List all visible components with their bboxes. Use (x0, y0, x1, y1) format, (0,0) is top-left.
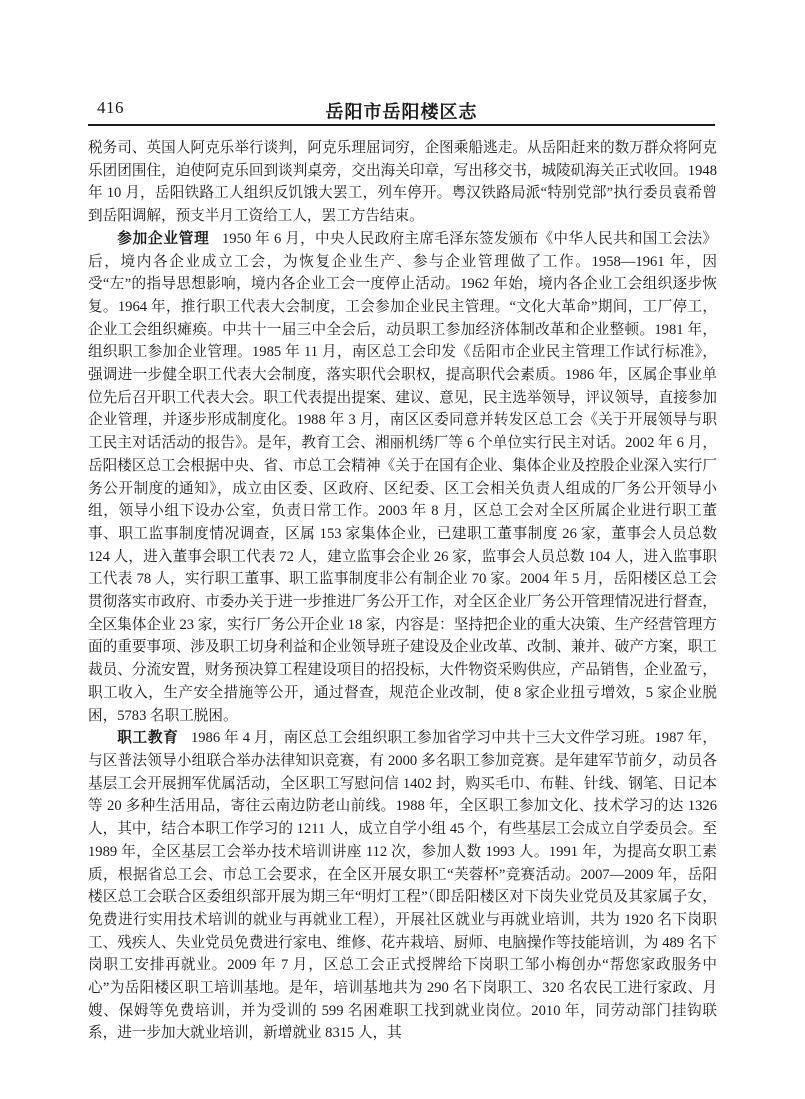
paragraph-worker-education: 职工教育1986 年 4 月，南区总工会组织职工参加省学习中共十三大文件学习班。… (88, 727, 717, 1045)
paragraph-text: 税务司、英国人阿克乐举行谈判，阿克乐理屈词穷，企图乘船逃走。从岳阳赶来的数万群众… (88, 140, 717, 224)
body-text: 税务司、英国人阿克乐举行谈判，阿克乐理屈词穷，企图乘船逃走。从岳阳赶来的数万群众… (88, 137, 717, 1045)
paragraph-lead: 职工教育 (117, 730, 178, 746)
book-title: 岳阳市岳阳楼区志 (88, 98, 715, 124)
paragraph-strike-history: 税务司、英国人阿克乐举行谈判，阿克乐理屈词穷，企图乘船逃走。从岳阳赶来的数万群众… (88, 137, 717, 228)
running-head: 416 岳阳市岳阳楼区志 (88, 97, 715, 126)
paragraph-lead: 参加企业管理 (117, 231, 209, 247)
paragraph-text: 1986 年 4 月，南区总工会组织职工参加省学习中共十三大文件学习班。1987… (88, 730, 717, 1041)
document-page: 416 岳阳市岳阳楼区志 税务司、英国人阿克乐举行谈判，阿克乐理屈词穷，企图乘船… (0, 0, 805, 1099)
paragraph-text: 1950 年 6 月，中央人民政府主席毛泽东签发颁布《中华人民共和国工会法》后，… (88, 231, 717, 724)
paragraph-enterprise-management: 参加企业管理1950 年 6 月，中央人民政府主席毛泽东签发颁布《中华人民共和国… (88, 228, 717, 727)
